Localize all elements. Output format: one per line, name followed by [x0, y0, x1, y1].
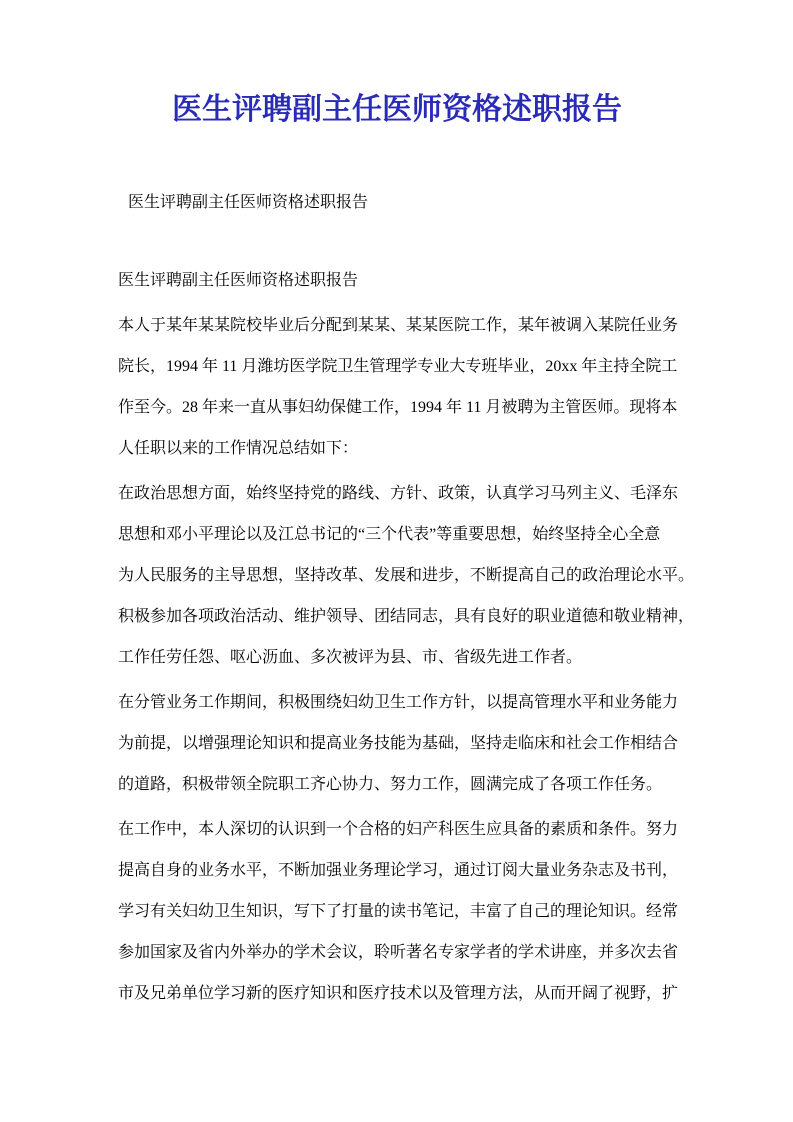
document-body: 医生评聘副主任医师资格述职报告本人于某年某某院校毕业后分配到某某、某某医院工作，… — [118, 260, 676, 1014]
text-line: 的道路，积极带领全院职工齐心协力、努力工作，圆满完成了各项工作任务。 — [118, 764, 676, 805]
text-line: 思想和邓小平理论以及江总书记的“三个代表”等重要思想，始终坚持全心全意 — [118, 514, 676, 555]
body-paragraph: 在分管业务工作期间，积极围绕妇幼卫生工作方针，以提高管理水平和业务能力为前提，以… — [118, 682, 676, 805]
body-paragraph: 医生评聘副主任医师资格述职报告 — [118, 260, 676, 301]
text-line: 本人于某年某某院校毕业后分配到某某、某某医院工作，某年被调入某院任业务 — [118, 305, 676, 346]
text-line: 作至今。28 年来一直从事妇幼保健工作，1994 年 11 月被聘为主管医师。现… — [118, 387, 676, 428]
text-line: 人任职以来的工作情况总结如下： — [118, 428, 676, 469]
text-line: 在分管业务工作期间，积极围绕妇幼卫生工作方针，以提高管理水平和业务能力 — [118, 682, 676, 723]
text-line: 院长，1994 年 11 月潍坊医学院卫生管理学专业大专班毕业，20xx 年主持… — [118, 346, 676, 387]
text-line: 在政治思想方面，始终坚持党的路线、方针、政策，认真学习马列主义、毛泽东 — [118, 473, 676, 514]
text-line: 为人民服务的主导思想，坚持改革、发展和进步，不断提高自己的政治理论水平。 — [118, 555, 676, 596]
document-title: 医生评聘副主任医师资格述职报告 — [118, 89, 676, 131]
document-page: 医生评聘副主任医师资格述职报告 医生评聘副主任医师资格述职报告 医生评聘副主任医… — [0, 0, 793, 1122]
text-line: 提高自身的业务水平，不断加强业务理论学习，通过订阅大量业务杂志及书刊， — [118, 850, 676, 891]
body-paragraph: 本人于某年某某院校毕业后分配到某某、某某医院工作，某年被调入某院任业务院长，19… — [118, 305, 676, 469]
text-line: 为前提，以增强理论知识和提高业务技能为基础，坚持走临床和社会工作相结合 — [118, 723, 676, 764]
text-line: 学习有关妇幼卫生知识，写下了打量的读书笔记，丰富了自己的理论知识。经常 — [118, 891, 676, 932]
document-subtitle: 医生评聘副主任医师资格述职报告 — [118, 182, 676, 223]
text-line: 医生评聘副主任医师资格述职报告 — [118, 260, 676, 301]
text-line: 参加国家及省内外举办的学术会议，聆听著名专家学者的学术讲座，并多次去省 — [118, 932, 676, 973]
body-paragraph: 在政治思想方面，始终坚持党的路线、方针、政策，认真学习马列主义、毛泽东思想和邓小… — [118, 473, 676, 678]
body-paragraph: 在工作中，本人深切的认识到一个合格的妇产科医生应具备的素质和条件。努力提高自身的… — [118, 809, 676, 1014]
text-line: 工作任劳任怨、呕心沥血、多次被评为县、市、省级先进工作者。 — [118, 637, 676, 678]
text-line: 市及兄弟单位学习新的医疗知识和医疗技术以及管理方法，从而开阔了视野，扩 — [118, 973, 676, 1014]
text-line: 在工作中，本人深切的认识到一个合格的妇产科医生应具备的素质和条件。努力 — [118, 809, 676, 850]
text-line: 积极参加各项政治活动、维护领导、团结同志，具有良好的职业道德和敬业精神， — [118, 596, 676, 637]
